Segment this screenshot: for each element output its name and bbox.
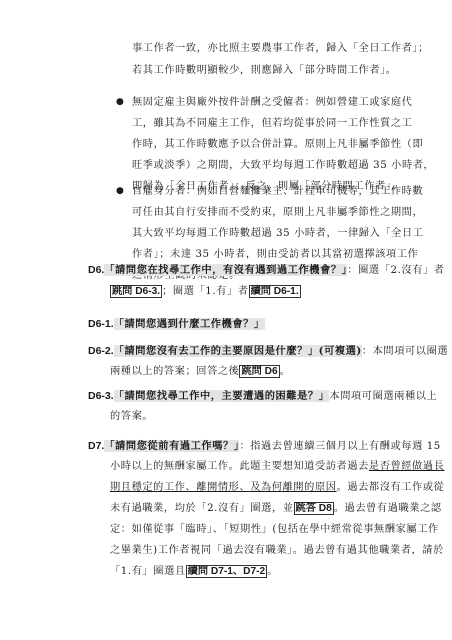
d7-underlined-text: 期且穩定的工作、離開情形、及為何離開的原因 <box>110 482 337 493</box>
text-line: 工，雖其為不同雇主工作，但若均從事於同一工作性質之工 <box>132 117 412 131</box>
d6-2-text: 兩種以上的答案；回答之後 <box>110 366 239 377</box>
d6-label: D6. <box>88 264 104 276</box>
d6-text: ：圈選「2.沒有」者 <box>347 265 444 276</box>
d7-text: 未有過職業，均於「2.沒有」圈選，並 <box>110 503 294 514</box>
d7-line4: 未有過職業，均於「2.沒有」圈選，並跳答 D8。過去曾有過職業之認 <box>110 502 442 516</box>
d6-2-question: 「請問您沒有去工作的主要原因是什麼？」(可複選) <box>114 345 362 357</box>
d6-1-line: D6-1.「請問您遇到什麼工作機會？」 <box>88 317 265 332</box>
d7-label: D7. <box>88 440 104 452</box>
bullet-icon: ● <box>116 186 124 196</box>
skip-instruction: 續問 D6-1. <box>249 285 301 298</box>
text-line: 可任由其自行安排而不受約束，原則上凡非屬季節性之期間， <box>132 206 423 220</box>
skip-instruction: 跳答 D8 <box>294 502 334 515</box>
text-line: 無固定雇主與廠外按件計酬之受僱者：例如營建工或家庭代 <box>132 96 412 110</box>
text-line: 自雇身分者：例如自營麵攤業主、計程車司機等，其工作時數 <box>132 185 423 199</box>
d7-text: 。過去都沒有工作或從 <box>337 482 445 493</box>
d7-line3: 期且穩定的工作、離開情形、及為何離開的原因。過去都沒有工作或從 <box>110 481 444 495</box>
d6-text: ；圈選「1.有」者 <box>162 286 248 297</box>
d7-line2: 小時以上的無酬家屬工作。此題主要想知道受訪者過去是否曾經做過長 <box>110 460 444 474</box>
d7-question: 「請問您從前有過工作嗎？」 <box>104 440 239 452</box>
d7-text: 「1.有」圈選且 <box>110 566 186 577</box>
d7-line7: 「1.有」圈選且續問 D7-1、D7-2。 <box>110 565 278 579</box>
skip-instruction: 跳問 D6 <box>239 365 279 378</box>
d7-text: 定：如僅從事「臨時」、「短期性」(包括在學中經常從事無酬家屬工作 <box>110 524 439 535</box>
document-page: 事工作者一致，亦比照主要農事工作者，歸入「全日工作者」； 若其工作時數明顯較少，… <box>0 0 452 640</box>
text-line: 其大致平均每週工作時數超過 35 小時者，一律歸入「全日工 <box>132 227 424 241</box>
d6-2-label: D6-2. <box>88 345 114 357</box>
d7-line1: D7.「請問您從前有過工作嗎？」：指過去曾連續三個月以上有酬或每週 15 <box>88 439 441 454</box>
d6-3-label: D6-3. <box>88 390 114 402</box>
punct: 。 <box>267 566 278 577</box>
d6-line1: D6.「請問您在找尋工作中，有沒有遇到過工作機會？」：圈選「2.沒有」者 <box>88 263 445 278</box>
bullet-icon: ● <box>116 97 124 107</box>
skip-instruction: 續問 D7-1、D7-2 <box>186 565 268 578</box>
d6-3-text: 本問項可圈選兩種以上 <box>329 391 437 402</box>
d6-3-line2: 的答案。 <box>110 410 153 424</box>
text-line: 作時，其工作時數應予以合併計算。原則上凡非屬季節性（即 <box>132 138 423 152</box>
d6-line2: 跳問 D6-3.；圈選「1.有」者續問 D6-1. <box>110 285 301 299</box>
d6-1-label: D6-1. <box>88 318 114 330</box>
text-line: 若其工作時數明顯較少，則應歸入「部分時間工作者」。 <box>132 64 397 78</box>
d7-text: 之畢業生)工作者視同「過去沒有職業」。過去曾有過其他職業者，請於 <box>110 545 444 556</box>
d6-3-text: 的答案。 <box>110 411 153 422</box>
text-line: 事工作者一致，亦比照主要農事工作者，歸入「全日工作者」； <box>132 42 429 56</box>
d7-text: ：指過去曾連續三個月以上有酬或每週 15 <box>239 441 440 452</box>
d6-2-line2: 兩種以上的答案；回答之後跳問 D6。 <box>110 365 290 379</box>
d6-3-question: 「請問您找尋工作中，主要遭遇的困難是？」 <box>114 390 330 402</box>
punct: 。 <box>280 366 291 377</box>
d6-question: 「請問您在找尋工作中，有沒有遇到過工作機會？」 <box>104 264 347 276</box>
d6-3-line1: D6-3.「請問您找尋工作中，主要遭遇的困難是？」本問項可圈選兩種以上 <box>88 389 437 404</box>
text-line: 旺季或淡季）之期間，大致平均每週工作時數超過 35 小時者， <box>132 159 434 173</box>
d7-text: 。過去曾有過職業之認 <box>334 503 442 514</box>
d7-text: 小時以上的無酬家屬工作。此題主要想知道受訪者過去 <box>110 461 369 472</box>
d7-underlined-text: 是否曾經做過長 <box>369 461 445 472</box>
d6-1-question: 「請問您遇到什麼工作機會？」 <box>114 318 265 330</box>
d6-2-line1: D6-2.「請問您沒有去工作的主要原因是什麼？」(可複選)：本問項可以圈選 <box>88 344 448 359</box>
d6-2-text: ：本問項可以圈選 <box>362 346 448 357</box>
skip-instruction: 跳問 D6-3. <box>110 285 162 298</box>
d7-line6: 之畢業生)工作者視同「過去沒有職業」。過去曾有過其他職業者，請於 <box>110 544 444 558</box>
text-line: 作者」；未達 35 小時者，則由受訪者以其當初選擇該項工作 <box>132 248 418 262</box>
d7-line5: 定：如僅從事「臨時」、「短期性」(包括在學中經常從事無酬家屬工作 <box>110 523 439 537</box>
